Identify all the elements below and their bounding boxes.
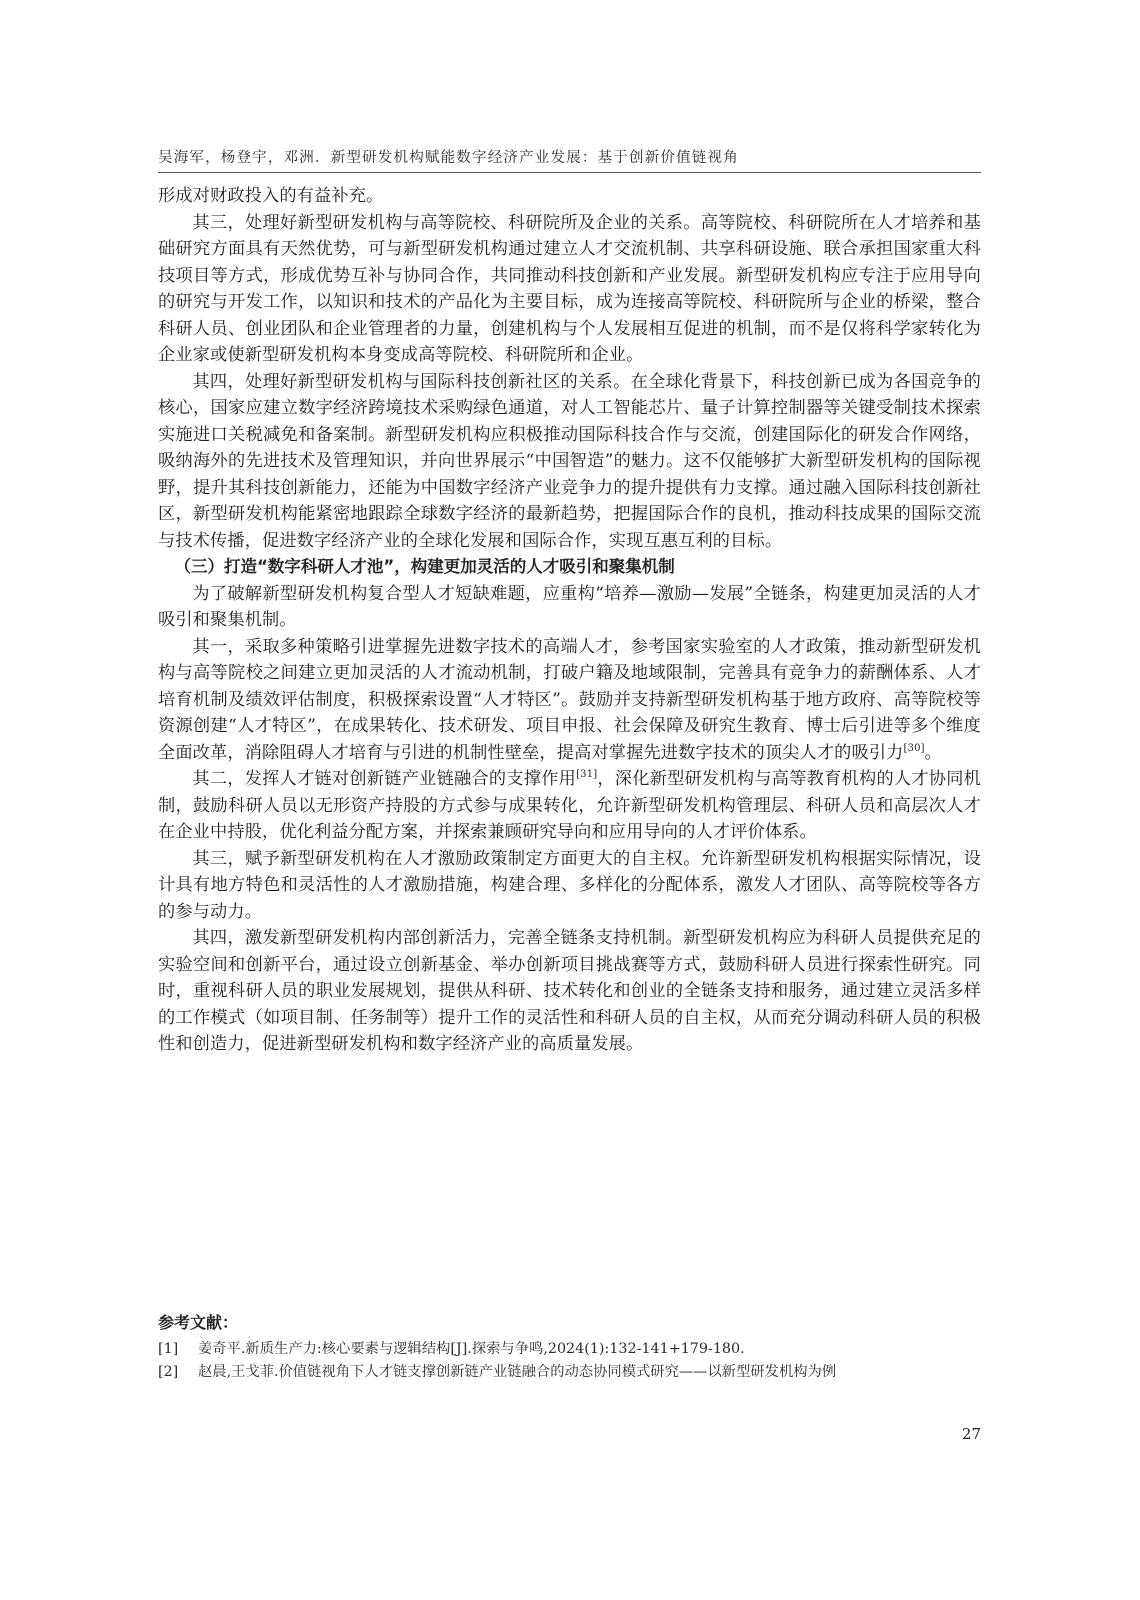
reference-number: [2] [158, 1361, 198, 1384]
section-heading: （三）打造“数字科研人才池”，构建更加灵活的人才吸引和聚集机制 [158, 554, 981, 581]
paragraph-tail: 。 [925, 743, 942, 763]
paragraph: 其一，采取多种策略引进掌握先进数字技术的高端人才，参考国家实验室的人才政策，推动… [158, 634, 981, 767]
paragraph: 其二，发挥人才链对创新链产业链融合的支撑作用[31]，深化新型研发机构与高等教育… [158, 766, 981, 846]
running-head: 吴海军，杨登宇，邓洲．新型研发机构赋能数字经济产业发展：基于创新价值链视角 [158, 146, 981, 167]
reference-item: [1] 姜奇平.新质生产力:核心要素与逻辑结构[J].探索与争鸣,2024(1)… [158, 1338, 981, 1361]
reference-number: [1] [158, 1338, 198, 1361]
paragraph: 形成对财政投入的有益补充。 [158, 183, 981, 210]
paragraph: 为了破解新型研发机构复合型人才短缺难题，应重构“培养—激励—发展”全链条，构建更… [158, 581, 981, 634]
reference-item: [2] 赵晨,王戈菲.价值链视角下人才链支撑创新链产业链融合的动态协同模式研究—… [158, 1361, 981, 1384]
reference-text: 赵晨,王戈菲.价值链视角下人才链支撑创新链产业链融合的动态协同模式研究——以新型… [198, 1361, 836, 1384]
paragraph: 其四，处理好新型研发机构与国际科技创新社区的关系。在全球化背景下，科技创新已成为… [158, 369, 981, 555]
paragraph-text: 其一，采取多种策略引进掌握先进数字技术的高端人才，参考国家实验室的人才政策，推动… [158, 637, 981, 763]
paragraph: 其四，激发新型研发机构内部创新活力，完善全链条支持机制。新型研发机构应为科研人员… [158, 925, 981, 1058]
paragraph: 其三，赋予新型研发机构在人才激励政策制定方面更大的自主权。允许新型研发机构根据实… [158, 846, 981, 926]
page-number: 27 [950, 1425, 981, 1443]
reference-text: 姜奇平.新质生产力:核心要素与逻辑结构[J].探索与争鸣,2024(1):132… [198, 1338, 745, 1361]
citation-marker: [30] [904, 743, 925, 754]
references-section: 参考文献： [1] 姜奇平.新质生产力:核心要素与逻辑结构[J].探索与争鸣,2… [158, 1310, 981, 1384]
paragraph-text: 其二，发挥人才链对创新链产业链融合的支撑作用 [192, 769, 576, 789]
paragraph: 其三，处理好新型研发机构与高等院校、科研院所及企业的关系。高等院校、科研院所在人… [158, 210, 981, 369]
citation-marker: [31] [576, 769, 597, 780]
header-rule [158, 172, 981, 173]
body-text: 形成对财政投入的有益补充。 其三，处理好新型研发机构与高等院校、科研院所及企业的… [158, 183, 981, 1058]
references-title: 参考文献： [158, 1310, 981, 1336]
